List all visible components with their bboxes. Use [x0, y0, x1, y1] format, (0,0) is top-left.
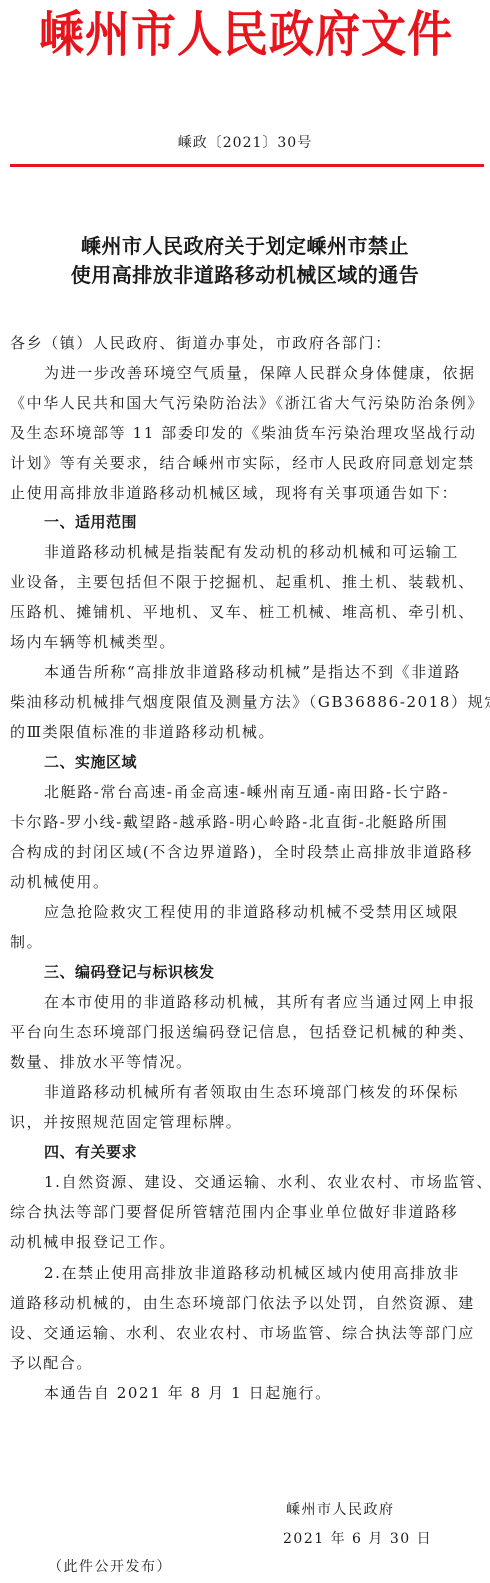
- paragraph-line: 合构成的封闭区域(不含边界道路)，全时段禁止高排放非道路移: [10, 842, 482, 862]
- paragraph-line: 本通告所称“高排放非道路移动机械”是指达不到《非道路: [44, 662, 482, 682]
- document-number: 嵊政〔2021〕30号: [0, 132, 490, 152]
- paragraph-line: 业设备，主要包括但不限于挖掘机、起重机、推土机、装载机、: [10, 572, 482, 592]
- paragraph-line: 数量、排放水平等情况。: [10, 1052, 482, 1072]
- paragraph-line: 北艇路-常台高速-甬金高速-嵊州南互通-南田路-长宁路-: [44, 782, 482, 802]
- paragraph-line: 制。: [10, 932, 482, 952]
- paragraph-line: 柴油移动机械排气烟度限值及测量方法》（GB36886-2018）规定: [10, 692, 482, 712]
- paragraph-line: 非道路移动机械所有者领取由生态环境部门核发的环保标: [44, 1082, 482, 1102]
- paragraph-line: 识，并按照规范固定管理标牌。: [10, 1112, 482, 1132]
- section-heading-registration: 三、编码登记与标识核发: [44, 962, 482, 982]
- issuer-header-title: 嵊州市人民政府文件: [8, 4, 484, 67]
- paragraph-line: 予以配合。: [10, 1353, 482, 1373]
- signature-date: 2021 年 6 月 30 日: [283, 1528, 432, 1548]
- paragraph-line: 综合执法等部门要督促所管辖范围内企事业单位做好非道路移: [10, 1202, 482, 1222]
- paragraph-line: 应急抢险救灾工程使用的非道路移动机械不受禁用区域限: [44, 902, 482, 922]
- red-divider-rule: [10, 164, 484, 167]
- intro-line: 及生态环境部等 11 部委印发的《柴油货车污染治理攻坚战行动: [10, 423, 482, 443]
- section-heading-area: 二、实施区域: [44, 752, 482, 772]
- addressee: 各乡（镇）人民政府、街道办事处，市政府各部门：: [10, 333, 482, 353]
- intro-line: 计划》等有关要求，结合嵊州市实际，经市人民政府同意划定禁: [10, 453, 482, 473]
- paragraph-line: 场内车辆等机械类型。: [10, 632, 482, 652]
- paragraph-line: 的Ⅲ类限值标准的非道路移动机械。: [10, 722, 482, 742]
- paragraph-line: 卡尔路-罗小线-戴望路-越承路-明心岭路-北直街-北艇路所围: [10, 812, 482, 832]
- paragraph-line: 压路机、摊铺机、平地机、叉车、桩工机械、堆高机、牵引机、: [10, 602, 482, 622]
- intro-line: 为进一步改善环境空气质量，保障人民群众身体健康，依据: [44, 363, 482, 383]
- intro-line: 《中华人民共和国大气污染防治法》《浙江省大气污染防治条例》: [10, 393, 482, 413]
- paragraph-line: 动机械使用。: [10, 872, 482, 892]
- notice-title-line-2: 使用高排放非道路移动机械区域的通告: [0, 259, 490, 288]
- paragraph-line: 设、交通运输、水利、农业农村、市场监管、综合执法等部门应: [10, 1323, 482, 1343]
- paragraph-line: 在本市使用的非道路移动机械，其所有者应当通过网上申报: [44, 992, 482, 1012]
- disclosure-note: （此件公开发布）: [48, 1556, 172, 1576]
- paragraph-line: 动机械申报登记工作。: [10, 1232, 482, 1252]
- paragraph-line: 道路移动机械的，由生态环境部门依法予以处罚，自然资源、建: [10, 1293, 482, 1313]
- notice-title-line-1: 嵊州市人民政府关于划定嵊州市禁止: [0, 230, 490, 259]
- intro-line: 止使用高排放非道路移动机械区域，现将有关事项通告如下：: [10, 483, 482, 503]
- paragraph-line: 平台向生态环境部门报送编码登记信息，包括登记机械的种类、: [10, 1022, 482, 1042]
- section-heading-scope: 一、适用范围: [44, 512, 482, 532]
- paragraph-line: 1.自然资源、建设、交通运输、水利、农业农村、市场监管、: [44, 1172, 482, 1192]
- signature-issuer: 嵊州市人民政府: [286, 1499, 395, 1519]
- paragraph-line: 2.在禁止使用高排放非道路移动机械区域内使用高排放非: [44, 1263, 482, 1283]
- section-heading-requirements: 四、有关要求: [44, 1142, 482, 1162]
- paragraph-line: 非道路移动机械是指装配有发动机的移动机械和可运输工: [44, 542, 482, 562]
- effective-date-statement: 本通告自 2021 年 8 月 1 日起施行。: [44, 1383, 482, 1403]
